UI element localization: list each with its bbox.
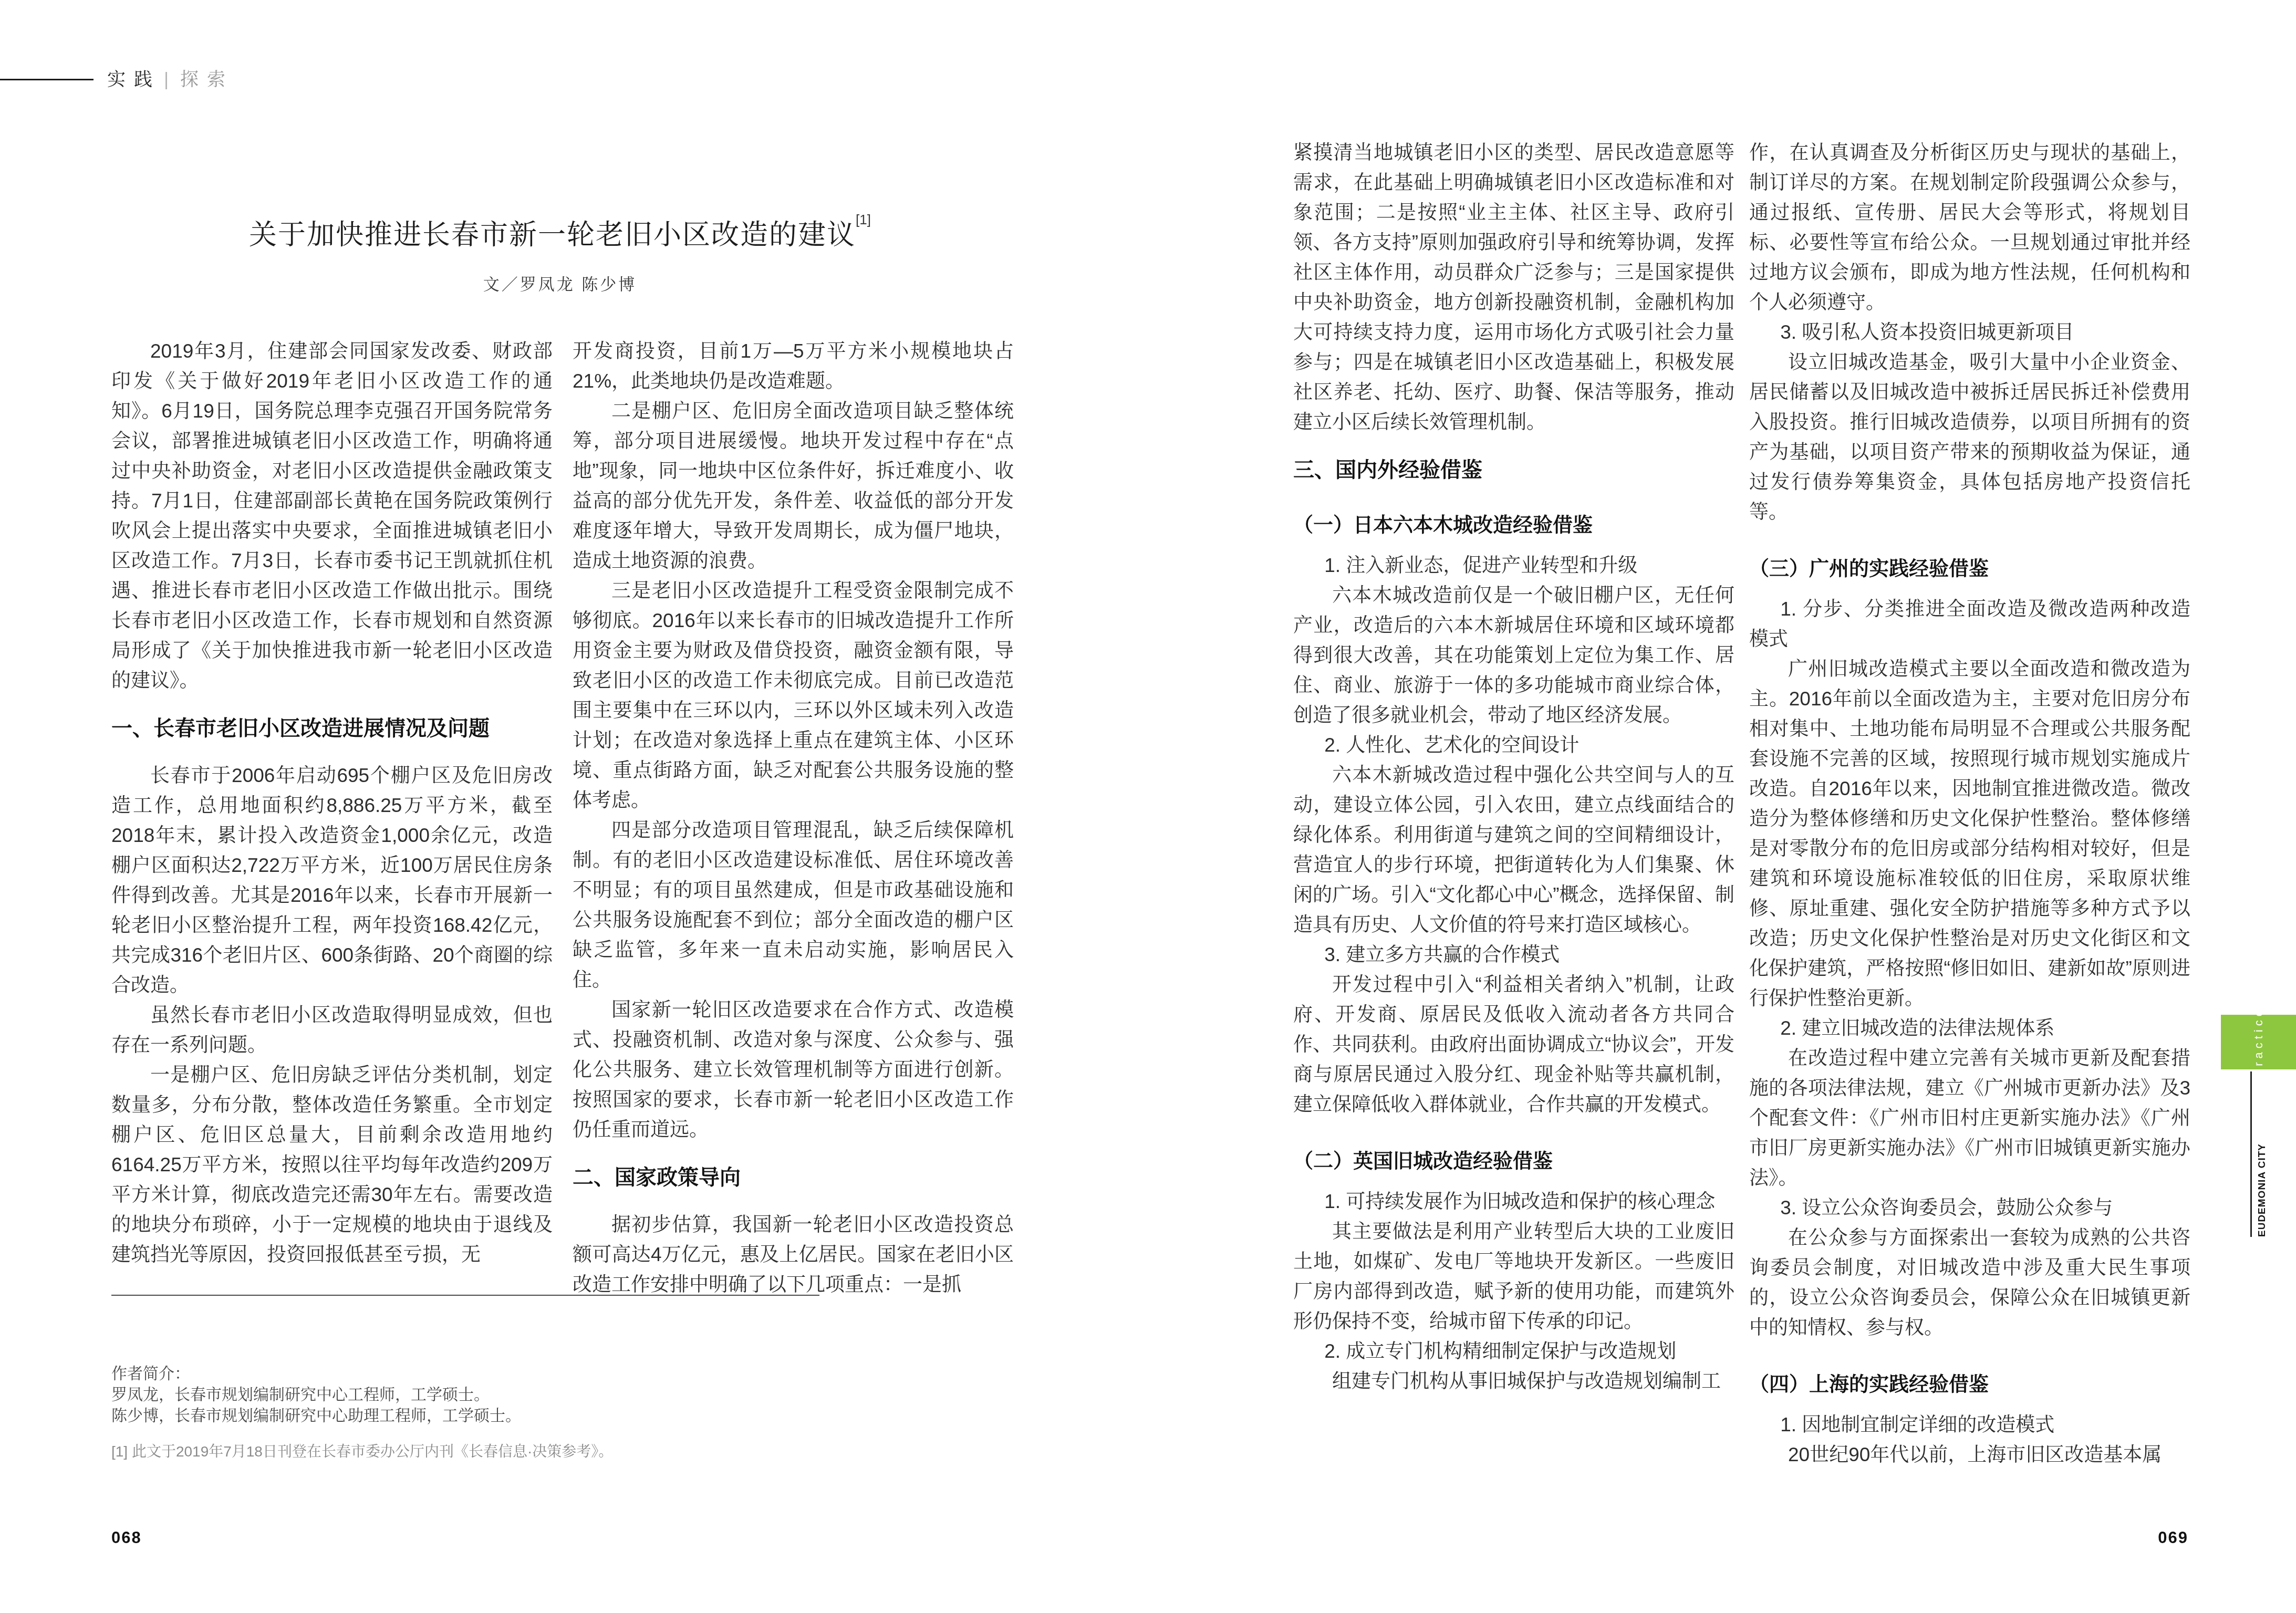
subsection-heading: （四）上海的实践经验借鉴 bbox=[1749, 1372, 2190, 1397]
left-page-column-1: 2019年3月，住建部会同国家发改委、财政部印发《关于做好2019年老旧小区改造… bbox=[111, 336, 553, 1294]
numbered-heading: 1. 分步、分类推进全面改造及微改造两种改造模式 bbox=[1749, 594, 2190, 654]
author-bio: 作者简介： 罗凤龙，长春市规划编制研究中心工程师，工学硕士。 陈少博，长春市规划… bbox=[111, 1364, 1004, 1427]
paragraph: 一是棚户区、危旧房缺乏评估分类机制，划定数量多，分布分散，整体改造任务繁重。全市… bbox=[111, 1060, 553, 1269]
header-separator: | bbox=[161, 69, 180, 90]
numbered-heading: 2. 建立旧城改造的法律法规体系 bbox=[1749, 1013, 2190, 1043]
header-rule bbox=[0, 79, 93, 80]
paragraph-continued: 作，在认真调查及分析街区历史与现状的基础上，制订详尽的方案。在规划制定阶段强调公… bbox=[1749, 138, 2190, 317]
paragraph-continued: 开发商投资，目前1万—5万平方米小规模地块占21%，此类地块仍是改造难题。 bbox=[573, 336, 1014, 396]
section-color-tab: Practice bbox=[2221, 1015, 2296, 1069]
paragraph: 其主要做法是利用产业转型后大块的工业废旧土地，如煤矿、发电厂等地块开发新区。一些… bbox=[1293, 1216, 1734, 1336]
paragraph: 三是老旧小区改造提升工程受资金限制完成不够彻底。2016年以来长春市的旧城改造提… bbox=[573, 576, 1014, 815]
paragraph: 虽然长春市老旧小区改造取得明显成效，但也存在一系列问题。 bbox=[111, 1000, 553, 1060]
section-heading: 二、国家政策导向 bbox=[573, 1164, 1014, 1191]
paragraph: 开发过程中引入“利益相关者纳入”机制，让政府、开发商、原居民及低收入流动者各方共… bbox=[1293, 970, 1734, 1119]
article-title: 关于加快推进长春市新一轮老旧小区改造的建议[1] bbox=[110, 203, 1010, 252]
section-header: 实践|探索 bbox=[107, 65, 234, 91]
paragraph: 广州旧城改造模式主要以全面改造和微改造为主。2016年前以全面改造为主，主要对危… bbox=[1749, 654, 2190, 1013]
author-bio-line: 陈少博，长春市规划编制研究中心助理工程师，工学硕士。 bbox=[111, 1406, 1004, 1427]
right-page-column-1: 紧摸清当地城镇老旧小区的类型、居民改造意愿等需求，在此基础上明确城镇老旧小区改造… bbox=[1293, 138, 1734, 1474]
article-title-text: 关于加快推进长春市新一轮老旧小区改造的建议 bbox=[249, 220, 856, 251]
author-bio-title: 作者简介： bbox=[111, 1364, 1004, 1385]
magazine-spread: 实践|探索 关于加快推进长春市新一轮老旧小区改造的建议[1] 文／罗凤龙 陈少博… bbox=[0, 0, 2296, 1613]
left-page-column-2: 开发商投资，目前1万—5万平方米小规模地块占21%，此类地块仍是改造难题。二是棚… bbox=[573, 336, 1014, 1294]
paragraph: 2019年3月，住建部会同国家发改委、财政部印发《关于做好2019年老旧小区改造… bbox=[111, 336, 553, 695]
page-number-left: 068 bbox=[111, 1528, 142, 1547]
header-secondary-label: 探索 bbox=[180, 69, 234, 90]
paragraph: 长春市于2006年启动695个棚户区及危旧房改造工作，总用地面积约8,886.2… bbox=[111, 761, 553, 1000]
numbered-heading: 1. 可持续发展作为旧城改造和保护的核心理念 bbox=[1293, 1187, 1734, 1216]
numbered-heading: 2. 成立专门机构精细制定保护与改造规划 bbox=[1293, 1336, 1734, 1366]
paragraph: 组建专门机构从事旧城保护与改造规划编制工 bbox=[1293, 1366, 1734, 1396]
numbered-heading: 3. 吸引私人资本投资旧城更新项目 bbox=[1749, 317, 2190, 347]
title-block: 关于加快推进长春市新一轮老旧小区改造的建议[1] 文／罗凤龙 陈少博 bbox=[110, 203, 1010, 295]
paragraph: 据初步估算，我国新一轮老旧小区改造投资总额可高达4万亿元，惠及上亿居民。国家在老… bbox=[573, 1210, 1014, 1294]
numbered-heading: 2. 人性化、艺术化的空间设计 bbox=[1293, 730, 1734, 760]
footnote-divider bbox=[111, 1295, 819, 1296]
journal-name-caption: EUDEMONIA CITY bbox=[2257, 1071, 2272, 1237]
paragraph: 设立旧城改造基金，吸引大量中小企业资金、居民储蓄以及旧城改造中被拆迁居民拆迁补偿… bbox=[1749, 347, 2190, 527]
paragraph: 在改造过程中建立完善有关城市更新及配套措施的各项法律法规，建立《广州城市更新办法… bbox=[1749, 1043, 2190, 1193]
numbered-heading: 3. 设立公众咨询委员会，鼓励公众参与 bbox=[1749, 1193, 2190, 1223]
margin-rule bbox=[2250, 1071, 2252, 1237]
numbered-heading: 1. 注入新业态，促进产业转型和升级 bbox=[1293, 550, 1734, 580]
subsection-heading: （二）英国旧城改造经验借鉴 bbox=[1293, 1149, 1734, 1174]
right-page-column-2: 作，在认真调查及分析街区历史与现状的基础上，制订详尽的方案。在规划制定阶段强调公… bbox=[1749, 138, 2190, 1474]
paragraph-continued: 紧摸清当地城镇老旧小区的类型、居民改造意愿等需求，在此基础上明确城镇老旧小区改造… bbox=[1293, 138, 1734, 437]
paragraph: 20世纪90年代以前，上海市旧区改造基本属 bbox=[1749, 1440, 2190, 1470]
title-footnote-marker: [1] bbox=[856, 212, 871, 227]
paragraph: 国家新一轮旧区改造要求在合作方式、改造模式、投融资机制、改造对象与深度、公众参与… bbox=[573, 995, 1014, 1144]
paragraph: 六本木城改造前仅是一个破旧棚户区，无任何产业，改造后的六本木新城居住环境和区域环… bbox=[1293, 580, 1734, 730]
section-heading: 一、长春市老旧小区改造进展情况及问题 bbox=[111, 715, 553, 742]
subsection-heading: （三）广州的实践经验借鉴 bbox=[1749, 556, 2190, 581]
author-bio-line: 罗凤龙，长春市规划编制研究中心工程师，工学硕士。 bbox=[111, 1385, 1004, 1406]
section-tab-label: Practice bbox=[2252, 1006, 2266, 1077]
numbered-heading: 3. 建立多方共赢的合作模式 bbox=[1293, 940, 1734, 970]
section-heading: 三、国内外经验借鉴 bbox=[1293, 457, 1734, 483]
footnote: [1] 此文于2019年7月18日刊登在长春市委办公厅内刊《长春信息·决策参考》… bbox=[111, 1440, 1004, 1461]
header-primary-label: 实践 bbox=[107, 69, 161, 90]
paragraph: 在公众参与方面探索出一套较为成熟的公共咨询委员会制度，对旧城改造中涉及重大民生事… bbox=[1749, 1223, 2190, 1343]
paragraph: 六本木新城改造过程中强化公共空间与人的互动，建设立体公园，引入农田，建立点线面结… bbox=[1293, 760, 1734, 940]
numbered-heading: 1. 因地制宜制定详细的改造模式 bbox=[1749, 1410, 2190, 1440]
paragraph: 四是部分改造项目管理混乱，缺乏后续保障机制。有的老旧小区改造建设标准低、居住环境… bbox=[573, 815, 1014, 995]
page-number-right: 069 bbox=[2144, 1528, 2188, 1547]
subsection-heading: （一）日本六本木城改造经验借鉴 bbox=[1293, 513, 1734, 538]
byline: 文／罗凤龙 陈少博 bbox=[110, 271, 1010, 295]
paragraph: 二是棚户区、危旧房全面改造项目缺乏整体统筹，部分项目进展缓慢。地块开发过程中存在… bbox=[573, 396, 1014, 576]
